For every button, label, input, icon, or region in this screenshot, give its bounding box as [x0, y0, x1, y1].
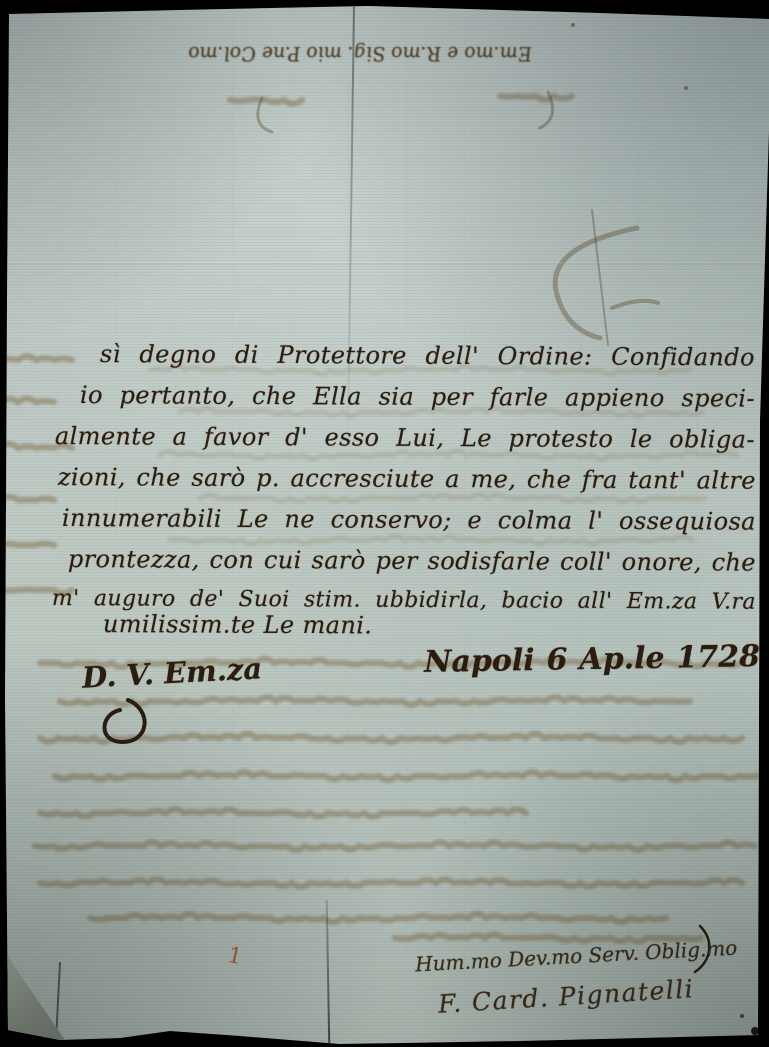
ink-speck [740, 1014, 744, 1018]
bleedthrough-line [55, 772, 757, 780]
fold-crease-horizontal-upper [0, 262, 769, 265]
bleedthrough-line [200, 495, 704, 501]
docket-curl-left [258, 98, 272, 132]
dog-ear-corner [7, 950, 65, 1040]
faint-curve-mark [555, 228, 637, 338]
bleedthrough-line [40, 734, 742, 742]
closing-flourish [105, 700, 145, 742]
body-line-4: zioni, che sarò p. accresciute a me, che… [58, 463, 756, 495]
bleedthrough-line [40, 879, 742, 886]
bleedthrough-line [0, 544, 54, 546]
bleedthrough-line [170, 536, 692, 544]
body-line-3: almente a favor d' esso Lui, Le protesto… [55, 422, 755, 454]
bleedthrough-line [0, 356, 72, 360]
fold-crease-vertical-bottom [326, 900, 331, 1047]
signature-line-2: F. Card. Pignatelli [437, 974, 695, 1019]
ink-speck [684, 86, 688, 90]
fold-crease-vertical-top [347, 6, 355, 434]
docket-curl-right [540, 92, 553, 128]
body-line-6: prontezza, con cui sarò per sodisfarle c… [68, 545, 756, 577]
closing-salutation: D. V. Em.za [81, 651, 263, 694]
bleedthrough-line [40, 809, 526, 816]
page-number-mark: 1 [226, 943, 245, 970]
bleedthrough-line [0, 399, 54, 402]
bleedthrough-line [0, 497, 54, 500]
body-line-8: umilissim.te Le mani. [103, 610, 433, 640]
bleedthrough-line [500, 96, 572, 100]
body-line-5: innumerabili Le ne conservo; e colma l' … [62, 504, 756, 536]
ink-speck [571, 23, 575, 27]
ink-blot [751, 1027, 759, 1035]
fold-crease-horizontal-lower [0, 797, 769, 800]
bleedthrough-line [230, 100, 302, 104]
scan-background: Em.mo e R.mo Sig. mio P.ne Col.mo sì deg… [0, 0, 769, 1047]
dateline: Napoli 6 Ap.le 1728 [424, 639, 761, 680]
bleedthrough-line [60, 697, 690, 704]
bleedthrough-line [35, 842, 755, 849]
letter-paper: Em.mo e R.mo Sig. mio P.ne Col.mo sì deg… [0, 0, 769, 1047]
signature-line-1: Hum.mo Dev.mo Serv. Oblig.mo [415, 936, 738, 977]
bleedthrough-line [90, 914, 666, 922]
address-docket: Em.mo e R.mo Sig. mio P.ne Col.mo [169, 42, 551, 64]
body-line-2: io pertanto, che Ella sia per farle appi… [80, 381, 755, 413]
faint-line-mark [592, 210, 608, 345]
body-line-1: sì degno di Protettore dell' Ordine: Con… [100, 340, 755, 371]
faint-small-curve-mark [612, 301, 658, 308]
